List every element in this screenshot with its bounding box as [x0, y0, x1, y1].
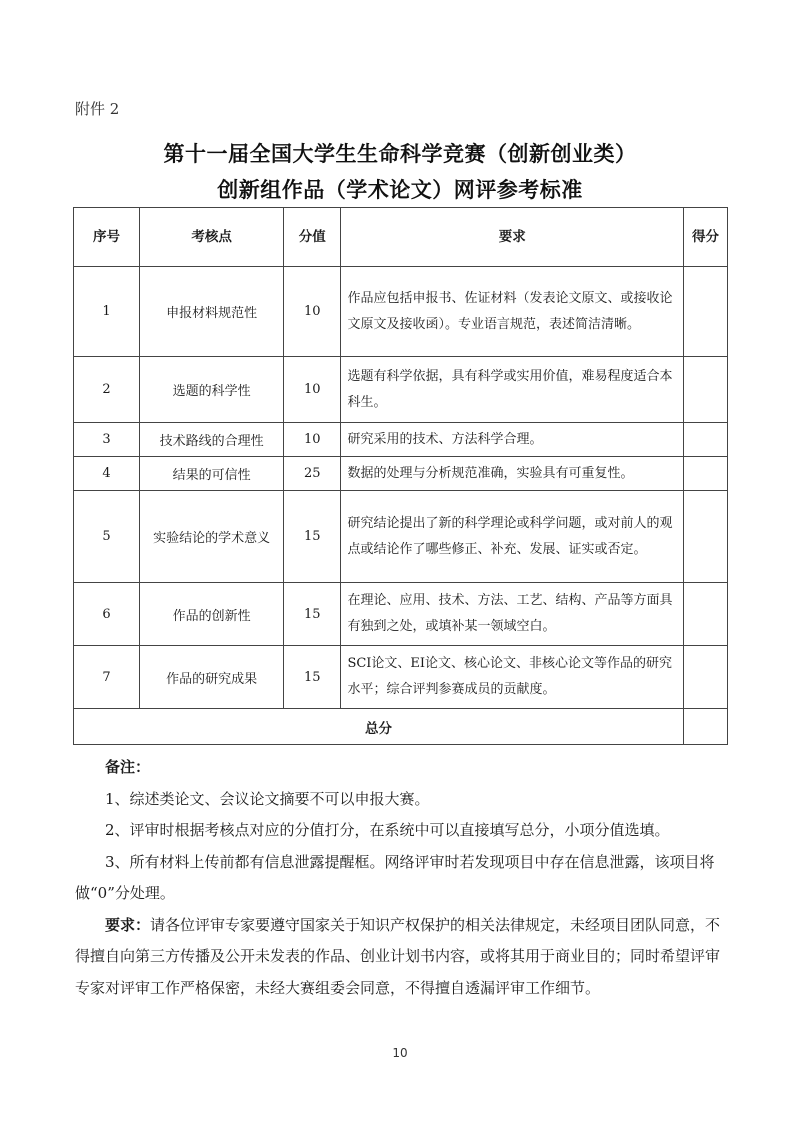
row-score: 15 [284, 491, 341, 583]
document-title: 第十一届全国大学生生命科学竞赛（创新创业类） [0, 138, 800, 168]
row-requirement: 研究结论提出了新的科学理论或科学问题，或对前人的观点或结论作了哪些修正、补充、发… [341, 491, 684, 583]
row-point: 申报材料规范性 [140, 267, 284, 357]
row-no: 1 [74, 267, 140, 357]
header-no: 序号 [74, 208, 140, 267]
scoring-table: 序号 考核点 分值 要求 得分 1 申报材料规范性 10 作品应包括申报书、佐证… [73, 207, 728, 745]
table-row: 4 结果的可信性 25 数据的处理与分析规范准确，实验具有可重复性。 [74, 457, 728, 491]
notes-section: 备注： 1、综述类论文、会议论文摘要不可以申报大赛。 2、评审时根据考核点对应的… [75, 752, 730, 1004]
requirement-text: 请各位评审专家要遵守国家关于知识产权保护的相关法律规定，未经项目团队同意，不得擅… [75, 916, 720, 997]
row-score: 10 [284, 357, 341, 423]
row-got-cell[interactable] [684, 583, 728, 646]
row-requirement: 选题有科学依据，具有科学或实用价值，难易程度适合本科生。 [341, 357, 684, 423]
total-score-cell[interactable] [684, 709, 728, 745]
note-item: 2、评审时根据考核点对应的分值打分，在系统中可以直接填写总分，小项分值选填。 [75, 815, 730, 847]
row-score: 15 [284, 646, 341, 709]
requirement-paragraph: 要求：请各位评审专家要遵守国家关于知识产权保护的相关法律规定，未经项目团队同意，… [75, 910, 730, 1005]
table-row: 5 实验结论的学术意义 15 研究结论提出了新的科学理论或科学问题，或对前人的观… [74, 491, 728, 583]
header-point: 考核点 [140, 208, 284, 267]
row-got-cell[interactable] [684, 457, 728, 491]
total-label: 总分 [74, 709, 684, 745]
requirement-label: 要求： [105, 916, 150, 934]
row-score: 10 [284, 423, 341, 457]
row-point: 作品的创新性 [140, 583, 284, 646]
row-no: 5 [74, 491, 140, 583]
table-row: 1 申报材料规范性 10 作品应包括申报书、佐证材料（发表论文原文、或接收论文原… [74, 267, 728, 357]
row-no: 7 [74, 646, 140, 709]
note-item: 1、综述类论文、会议论文摘要不可以申报大赛。 [75, 784, 730, 816]
row-got-cell[interactable] [684, 646, 728, 709]
row-score: 10 [284, 267, 341, 357]
row-got-cell[interactable] [684, 267, 728, 357]
table-row: 7 作品的研究成果 15 SCI论文、EI论文、核心论文、非核心论文等作品的研究… [74, 646, 728, 709]
table-row: 6 作品的创新性 15 在理论、应用、技术、方法、工艺、结构、产品等方面具有独到… [74, 583, 728, 646]
row-score: 25 [284, 457, 341, 491]
header-got: 得分 [684, 208, 728, 267]
row-point: 实验结论的学术意义 [140, 491, 284, 583]
table-row: 3 技术路线的合理性 10 研究采用的技术、方法科学合理。 [74, 423, 728, 457]
row-requirement: SCI论文、EI论文、核心论文、非核心论文等作品的研究水平；综合评判参赛成员的贡… [341, 646, 684, 709]
note-item: 3、所有材料上传前都有信息泄露提醒框。网络评审时若发现项目中存在信息泄露，该项目… [75, 847, 730, 910]
row-score: 15 [284, 583, 341, 646]
row-got-cell[interactable] [684, 357, 728, 423]
total-row: 总分 [74, 709, 728, 745]
row-point: 技术路线的合理性 [140, 423, 284, 457]
row-no: 4 [74, 457, 140, 491]
row-no: 6 [74, 583, 140, 646]
table-header-row: 序号 考核点 分值 要求 得分 [74, 208, 728, 267]
attachment-label: 附件 2 [75, 98, 119, 119]
table-row: 2 选题的科学性 10 选题有科学依据，具有科学或实用价值，难易程度适合本科生。 [74, 357, 728, 423]
row-no: 3 [74, 423, 140, 457]
row-point: 选题的科学性 [140, 357, 284, 423]
row-point: 结果的可信性 [140, 457, 284, 491]
header-requirement: 要求 [341, 208, 684, 267]
page-number: 10 [0, 1046, 800, 1060]
header-score: 分值 [284, 208, 341, 267]
row-requirement: 作品应包括申报书、佐证材料（发表论文原文、或接收论文原文及接收函）。专业语言规范… [341, 267, 684, 357]
document-subtitle: 创新组作品（学术论文）网评参考标准 [0, 174, 800, 204]
row-requirement: 研究采用的技术、方法科学合理。 [341, 423, 684, 457]
row-requirement: 在理论、应用、技术、方法、工艺、结构、产品等方面具有独到之处，或填补某一领域空白… [341, 583, 684, 646]
row-got-cell[interactable] [684, 491, 728, 583]
notes-heading: 备注： [75, 752, 730, 784]
row-point: 作品的研究成果 [140, 646, 284, 709]
row-no: 2 [74, 357, 140, 423]
row-got-cell[interactable] [684, 423, 728, 457]
row-requirement: 数据的处理与分析规范准确，实验具有可重复性。 [341, 457, 684, 491]
